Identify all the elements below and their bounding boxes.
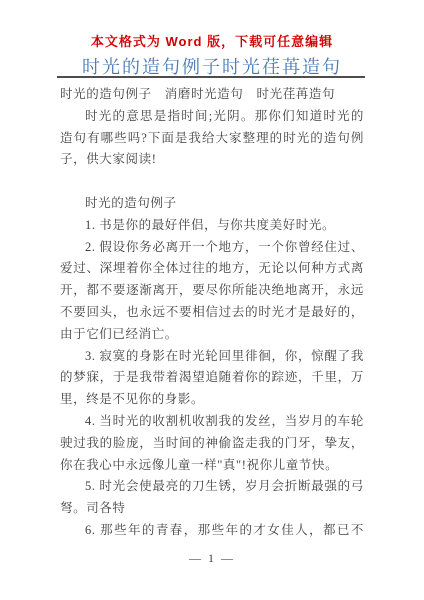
sentence-item-1: 1. 书是你的最好伴侣，与你共度美好时光。 (60, 215, 364, 237)
intro-paragraph: 时光的意思是指时间;光阴。那你们知道时光的造句有哪些吗?下面是我给大家整理的时光… (60, 106, 364, 171)
document-page: 本文格式为 Word 版，下载可任意编辑 时光的造句例子时光荏苒造句 时光的造句… (0, 0, 424, 600)
subtitle-line: 时光的造句例子 消磨时光造句 时光荏苒造句 (60, 84, 364, 106)
sentence-item-6: 6. 那些年的青春，那些年的才女佳人，都已不在;那些 (60, 520, 364, 542)
sentence-item-2: 2. 假设你务必离开一个地方，一个你曾经住过、爱过、深埋着你全体过往的地方，无论… (60, 237, 364, 346)
title-divider (57, 76, 365, 78)
section-heading: 时光的造句例子 (60, 193, 364, 215)
format-notice: 本文格式为 Word 版，下载可任意编辑 (0, 31, 424, 50)
document-body: 时光的造句例子 消磨时光造句 时光荏苒造句 时光的意思是指时间;光阴。那你们知道… (60, 84, 364, 542)
sentence-item-3: 3. 寂寞的身影在时光轮回里徘徊，你，惊醒了我的梦寐，于是我带着渴望追随着你的踪… (60, 346, 364, 411)
sentence-item-4: 4. 当时光的收割机收割我的发丝，当岁月的车轮驶过我的脸庞，当时间的神偷盗走我的… (60, 411, 364, 476)
page-number: — 1 — (0, 551, 424, 566)
sentence-item-5: 5. 时光会使最亮的刀生锈，岁月会折断最强的弓弩。司各特 (60, 476, 364, 520)
